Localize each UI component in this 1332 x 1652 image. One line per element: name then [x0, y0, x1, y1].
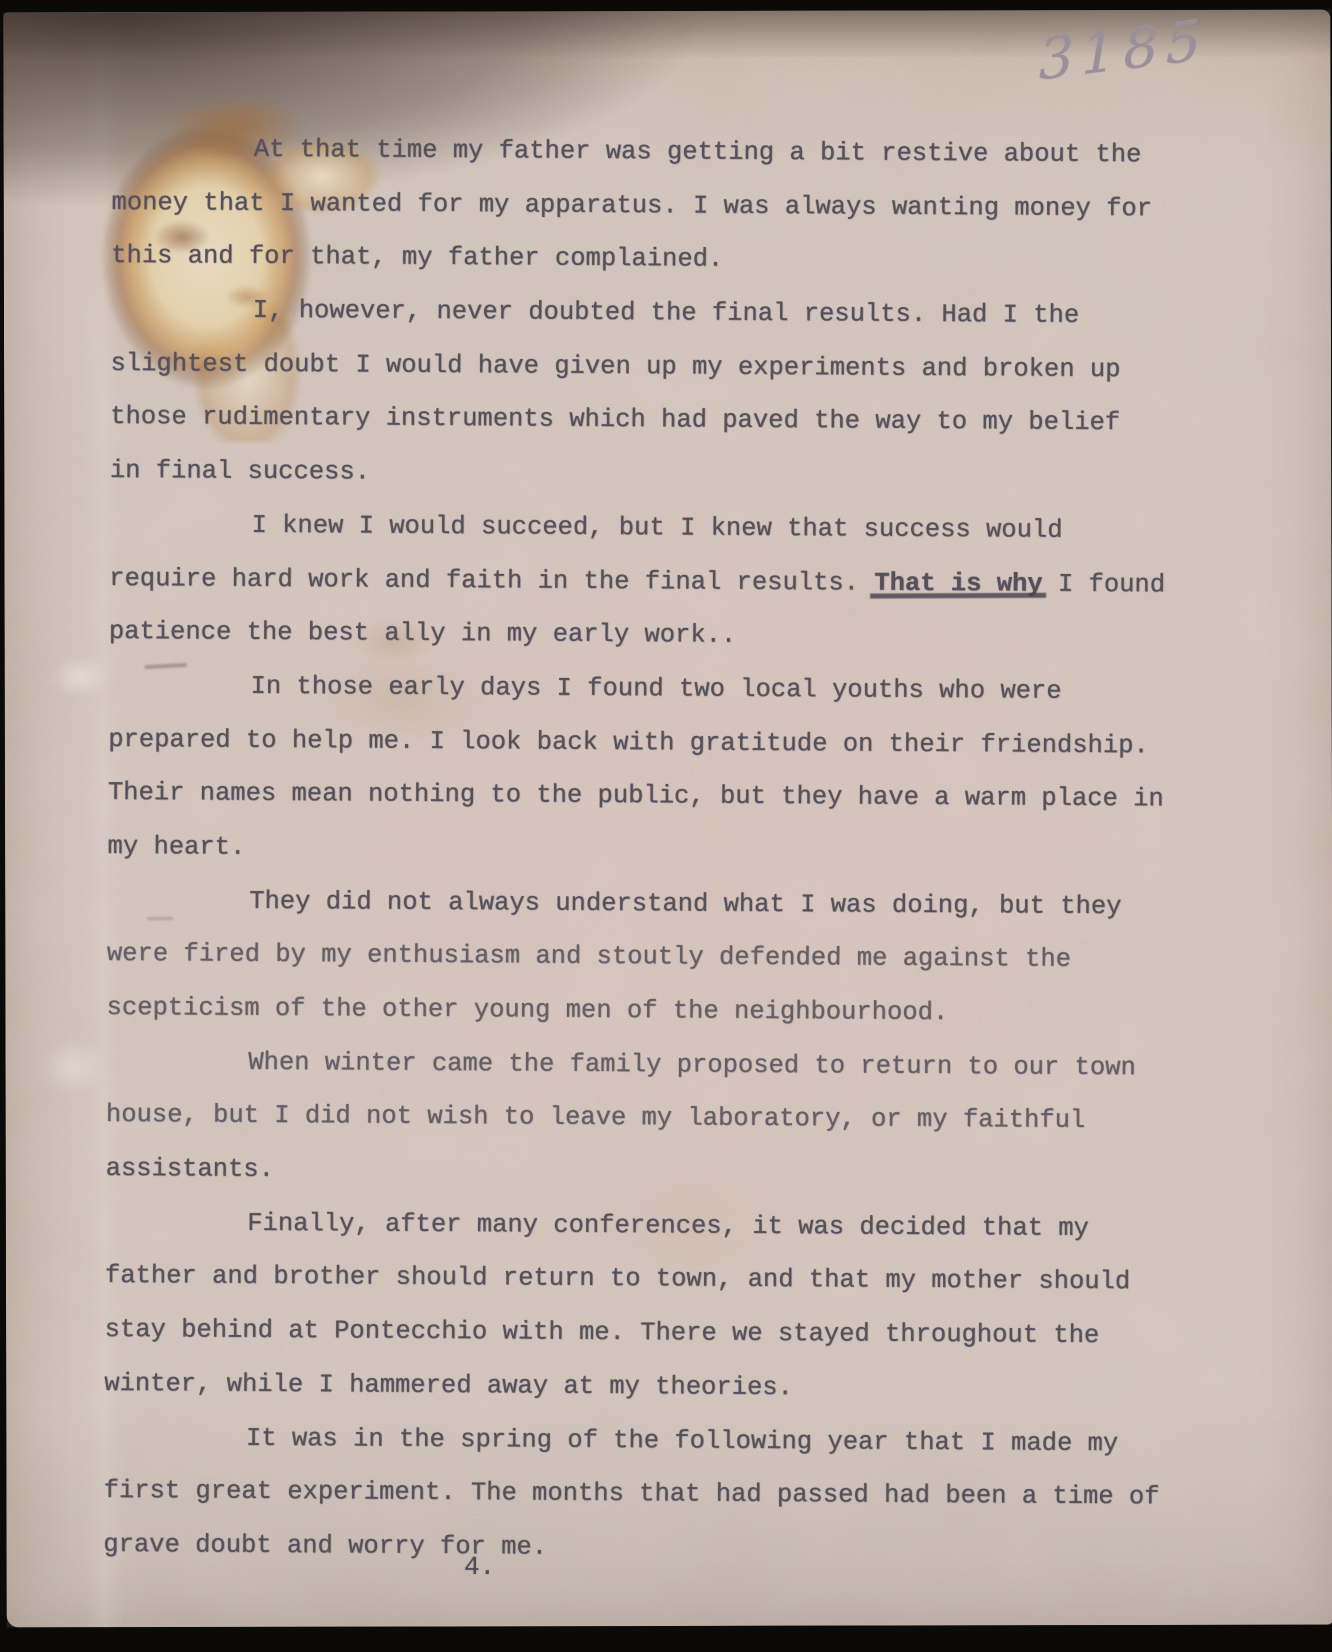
typed-line: scepticism of the other young men of the…	[106, 981, 1236, 1042]
typed-line: my heart.	[107, 820, 1237, 881]
typed-line: assistants.	[105, 1142, 1235, 1203]
typed-line: stay behind at Pontecchio with me. There…	[104, 1303, 1234, 1364]
typed-text-block: At that time my father was getting a bit…	[103, 122, 1242, 1578]
typed-line: slightest doubt I would have given up my…	[110, 337, 1240, 398]
typed-line: this and for that, my father complained.	[111, 229, 1241, 290]
typed-line: prepared to help me. I look back with gr…	[108, 713, 1238, 774]
typed-line: in final success.	[110, 444, 1240, 505]
typed-line: I knew I would succeed, but I knew that …	[109, 498, 1239, 559]
typed-line: At that time my father was getting a bit…	[112, 122, 1242, 183]
typed-line: When winter came the family proposed to …	[106, 1035, 1236, 1096]
typed-text: I found	[1043, 569, 1166, 599]
typed-line: first great experiment. The months that …	[103, 1464, 1233, 1525]
strikethrough-text: That is why	[874, 568, 1043, 598]
typed-line: house, but I did not wish to leave my la…	[106, 1088, 1236, 1149]
typed-line: grave doubt and worry for me.	[103, 1518, 1233, 1579]
typed-line: money that I wanted for my apparatus. I …	[111, 176, 1241, 237]
page-number: 4.	[464, 1552, 495, 1582]
typed-text: require hard work and faith in the final…	[109, 563, 874, 597]
typed-line: It was in the spring of the following ye…	[104, 1410, 1234, 1471]
typed-line: I, however, never doubted the final resu…	[111, 283, 1241, 344]
typed-line: those rudimentary instruments which had …	[110, 390, 1240, 451]
typed-line: They did not always understand what I wa…	[107, 874, 1237, 935]
typed-line: Their names mean nothing to the public, …	[108, 766, 1238, 827]
scanned-typescript-screenshot: 3185 At that time my father was getting …	[0, 0, 1332, 1652]
typed-line: patience the best ally in my early work.…	[109, 605, 1239, 666]
typed-line: were fired by my enthusiasm and stoutly …	[107, 927, 1237, 988]
typed-line: In those early days I found two local yo…	[108, 659, 1238, 720]
typed-line: winter, while I hammered away at my theo…	[104, 1357, 1234, 1418]
typed-line: Finally, after many conferences, it was …	[105, 1196, 1235, 1257]
typed-line: father and brother should return to town…	[105, 1249, 1235, 1310]
typed-line-with-strikethrough: require hard work and faith in the final…	[109, 551, 1239, 612]
